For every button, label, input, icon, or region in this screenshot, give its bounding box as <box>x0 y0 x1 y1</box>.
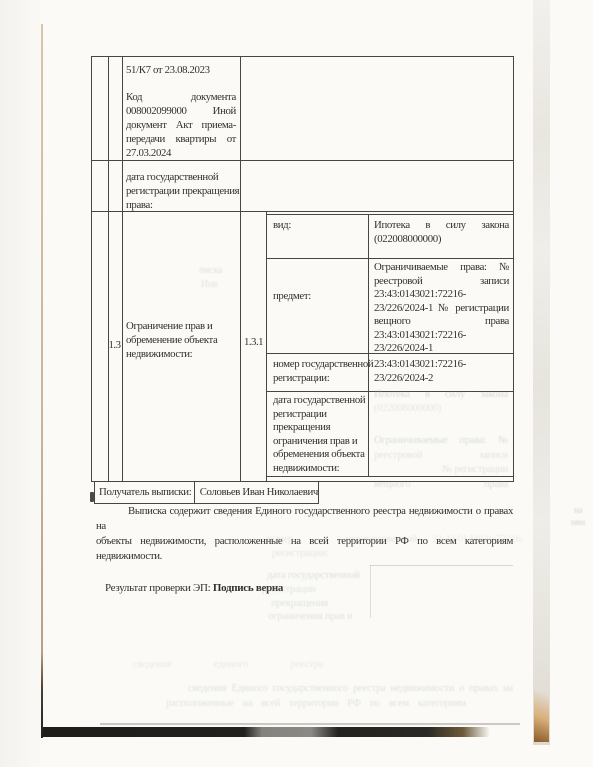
vid-value: Ипотека в силу закона(022008000000) <box>374 218 509 246</box>
vid-label: вид: <box>273 218 367 232</box>
bleed-through-text: писка <box>199 264 222 278</box>
bleed-through-text: Ипотека в силу закона <box>374 388 508 402</box>
document-code-cell: Код документа008002099000 Инойдокумент А… <box>126 90 236 160</box>
table-hline-row1 <box>92 160 513 161</box>
table-vline-col-c <box>240 57 241 481</box>
page-corner-tan-edge <box>534 688 549 742</box>
signature-check-label: Результат проверки ЭП: <box>105 582 210 594</box>
bleed-through-text: Инв <box>201 278 218 292</box>
row-number-1-3: 1.3 <box>107 338 122 352</box>
bleed-through-vline <box>370 565 371 618</box>
bleed-through-hline <box>370 565 513 566</box>
predmet-value: Ограничиваемые права: №реестровой записи… <box>374 261 509 356</box>
page-left-edge <box>41 24 43 738</box>
bleed-through-text: сведения единого реестра <box>133 658 323 672</box>
bleed-through-text: дата государственной <box>267 569 360 583</box>
scan-bottom-shadow-line <box>100 723 520 725</box>
recipient-value: Соловьев Иван Николаевич <box>195 482 318 503</box>
recipient-box: Получатель выписки: Соловьев Иван Никола… <box>94 481 319 504</box>
row-number-1-3-1: 1.3.1 <box>242 335 265 349</box>
recipient-label: Получатель выписки: <box>95 482 195 503</box>
table-vline-subnum <box>266 211 267 481</box>
table-vline-col-b <box>122 57 123 481</box>
scan-left-margin <box>0 0 41 767</box>
predmet-label: предмет: <box>273 289 367 303</box>
bleed-through-text: Ограничиваемые права: № <box>374 434 508 448</box>
signature-check-line: Результат проверки ЭП: Подпись верна <box>105 582 283 594</box>
scan-bottom-dark-bar <box>43 727 490 737</box>
page-right-edge-texture <box>533 0 550 745</box>
bleed-through-text: (022008000000) <box>374 402 441 416</box>
restriction-label: Ограничение прав иобременение объектанед… <box>126 319 238 361</box>
bleed-through-text: ограничения прав и <box>268 610 352 624</box>
bleed-through-text: реестровой записи <box>374 449 508 463</box>
bleed-through-text: расположенные на всей территории РФ по в… <box>166 697 466 711</box>
bleed-through-text: регистрации: <box>272 547 329 561</box>
nested-hline-vid <box>266 258 513 259</box>
bleed-through-text: номер государственной <box>267 533 417 547</box>
nested-vline-divider <box>368 214 369 476</box>
registration-number-label: номер государственнойрегистрации: <box>273 357 367 385</box>
document-ref-number: 51/К7 от 23.08.2023 <box>126 63 236 77</box>
registration-number-value: 23:43:0143021:72216-23/226/2024-2 <box>374 357 509 385</box>
bleed-through-text: № регистрации <box>374 463 508 477</box>
bleed-through-text: сведения Единого государственного реестр… <box>188 682 513 696</box>
bleed-through-text: ням <box>571 515 585 529</box>
bleed-through-text: вещного права <box>374 478 508 492</box>
nested-table-top <box>266 214 513 215</box>
bleed-through-text: 23:43:0143021:72216- <box>432 533 524 547</box>
bleed-through-text: прекращения <box>271 597 328 611</box>
termination-date-label: дата государственнойрегистрации прекраще… <box>126 170 237 212</box>
table-vline-col-a <box>108 57 109 481</box>
restriction-termination-date-label: дата государственнойрегистрациипрекращен… <box>273 394 367 476</box>
document-table: 51/К7 от 23.08.2023 Код документа0080020… <box>91 56 514 482</box>
bleed-through-text: регистрации <box>262 583 316 597</box>
